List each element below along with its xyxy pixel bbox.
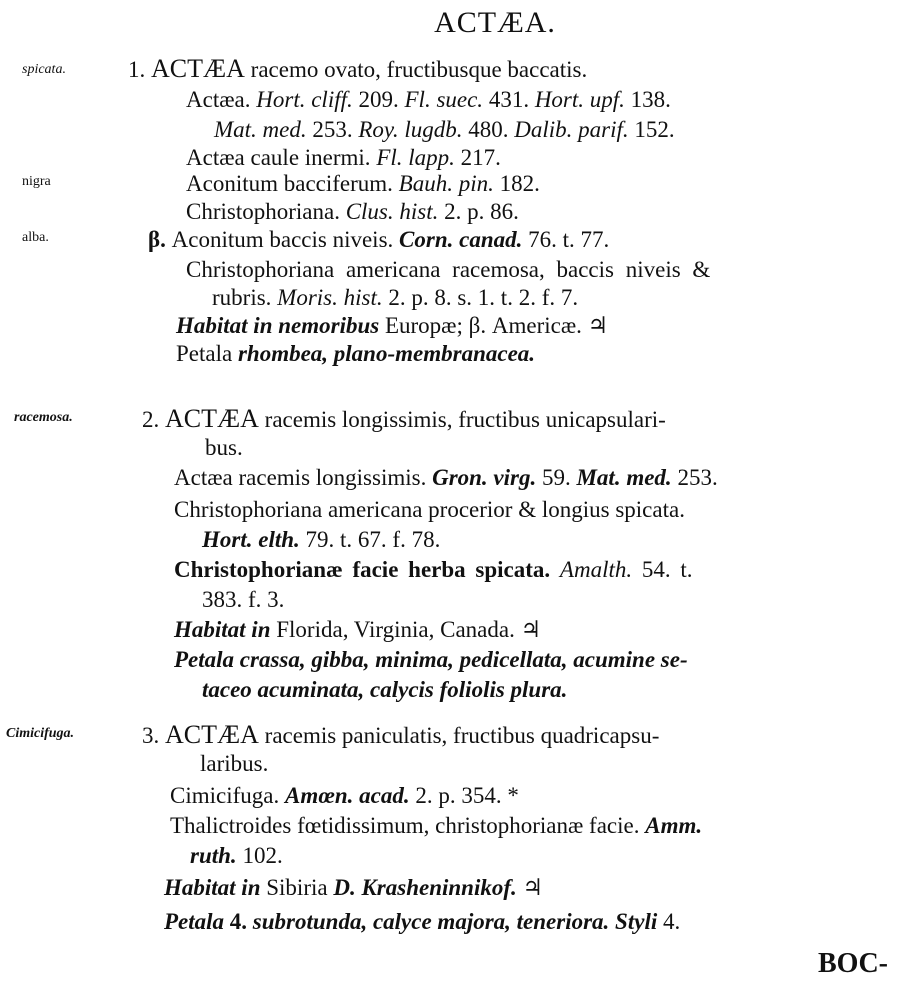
species-number: 3. (142, 723, 159, 748)
synonym-line: Christophorianæ facie herba spicata. Ama… (174, 558, 693, 581)
petala-line: Petala rhombea, plano-membranacea. (176, 342, 535, 365)
species-2-heading: 2. ACTÆA racemis longissimis, fructibus … (142, 406, 666, 432)
margin-label-alba: alba. (22, 230, 49, 246)
petala-line: Petala crassa, gibba, minima, pedicellat… (174, 648, 688, 671)
diagnosis: racemis paniculatis, fructibus quadricap… (265, 723, 660, 748)
catchword: BOC- (818, 948, 888, 980)
species-1-heading: 1. ACTÆA racemo ovato, fructibusque bacc… (128, 56, 587, 82)
species-number: 2. (142, 407, 159, 432)
habitat-line: Habitat in nemoribus Europæ; β. Americæ.… (176, 314, 608, 337)
synonym-line: Aconitum bacciferum. Bauh. pin. 182. (186, 172, 540, 195)
synonym-line: Cimicifuga. Amœn. acad. 2. p. 354. * (170, 784, 519, 807)
margin-label-cimicifuga: Cimicifuga. (6, 726, 74, 742)
genus-name: ACTÆA (165, 720, 259, 749)
synonym-line: 383. f. 3. (202, 588, 284, 611)
variety-beta-marker: β. (148, 227, 166, 252)
diagnosis-continuation: bus. (205, 436, 243, 459)
synonym-line: Christophoriana americana racemosa, bacc… (186, 258, 710, 281)
genus-name: ACTÆA (165, 404, 259, 433)
synonym-line: rubris. Moris. hist. 2. p. 8. s. 1. t. 2… (212, 286, 578, 309)
synonym-line: Thalictroides fœtidissimum, christophori… (170, 814, 702, 837)
margin-label-nigra: nigra (22, 174, 51, 190)
petala-line-continuation: taceo acuminata, calycis foliolis plura. (202, 678, 567, 701)
habitat-line: Habitat in Florida, Virginia, Canada. ♃ (174, 618, 541, 641)
synonym-line: Actæa caule inermi. Fl. lapp. 217. (186, 146, 501, 169)
synonym-line: Hort. elth. 79. t. 67. f. 78. (202, 528, 440, 551)
synonym-line: Actæa racemis longissimis. Gron. virg. 5… (174, 466, 718, 489)
synonym-line: Christophoriana americana procerior & lo… (174, 498, 685, 521)
variety-line: β. Aconitum baccis niveis. Corn. canad. … (148, 228, 609, 251)
habitat-line: Habitat in Sibiria D. Krasheninnikof. ♃ (164, 876, 543, 899)
diagnosis: racemo ovato, fructibusque baccatis. (251, 57, 588, 82)
margin-label-racemosa: racemosa. (14, 410, 73, 426)
diagnosis-continuation: laribus. (200, 752, 268, 775)
synonym-line: ruth. 102. (190, 844, 283, 867)
species-3-heading: 3. ACTÆA racemis paniculatis, fructibus … (142, 722, 659, 748)
synonym-line: Mat. med. 253. Roy. lugdb. 480. Dalib. p… (214, 118, 675, 141)
synonym-line: Christophoriana. Clus. hist. 2. p. 86. (186, 200, 519, 223)
diagnosis: racemis longissimis, fructibus unicapsul… (265, 407, 666, 432)
margin-label-spicata: spicata. (22, 62, 66, 78)
species-number: 1. (128, 57, 145, 82)
page-title: ACTÆA. (0, 6, 900, 40)
synonym-line: Actæa. Hort. cliff. 209. Fl. suec. 431. … (186, 88, 671, 111)
genus-name: ACTÆA (151, 54, 245, 83)
petala-line: Petala 4. subrotunda, calyce majora, ten… (164, 910, 680, 933)
